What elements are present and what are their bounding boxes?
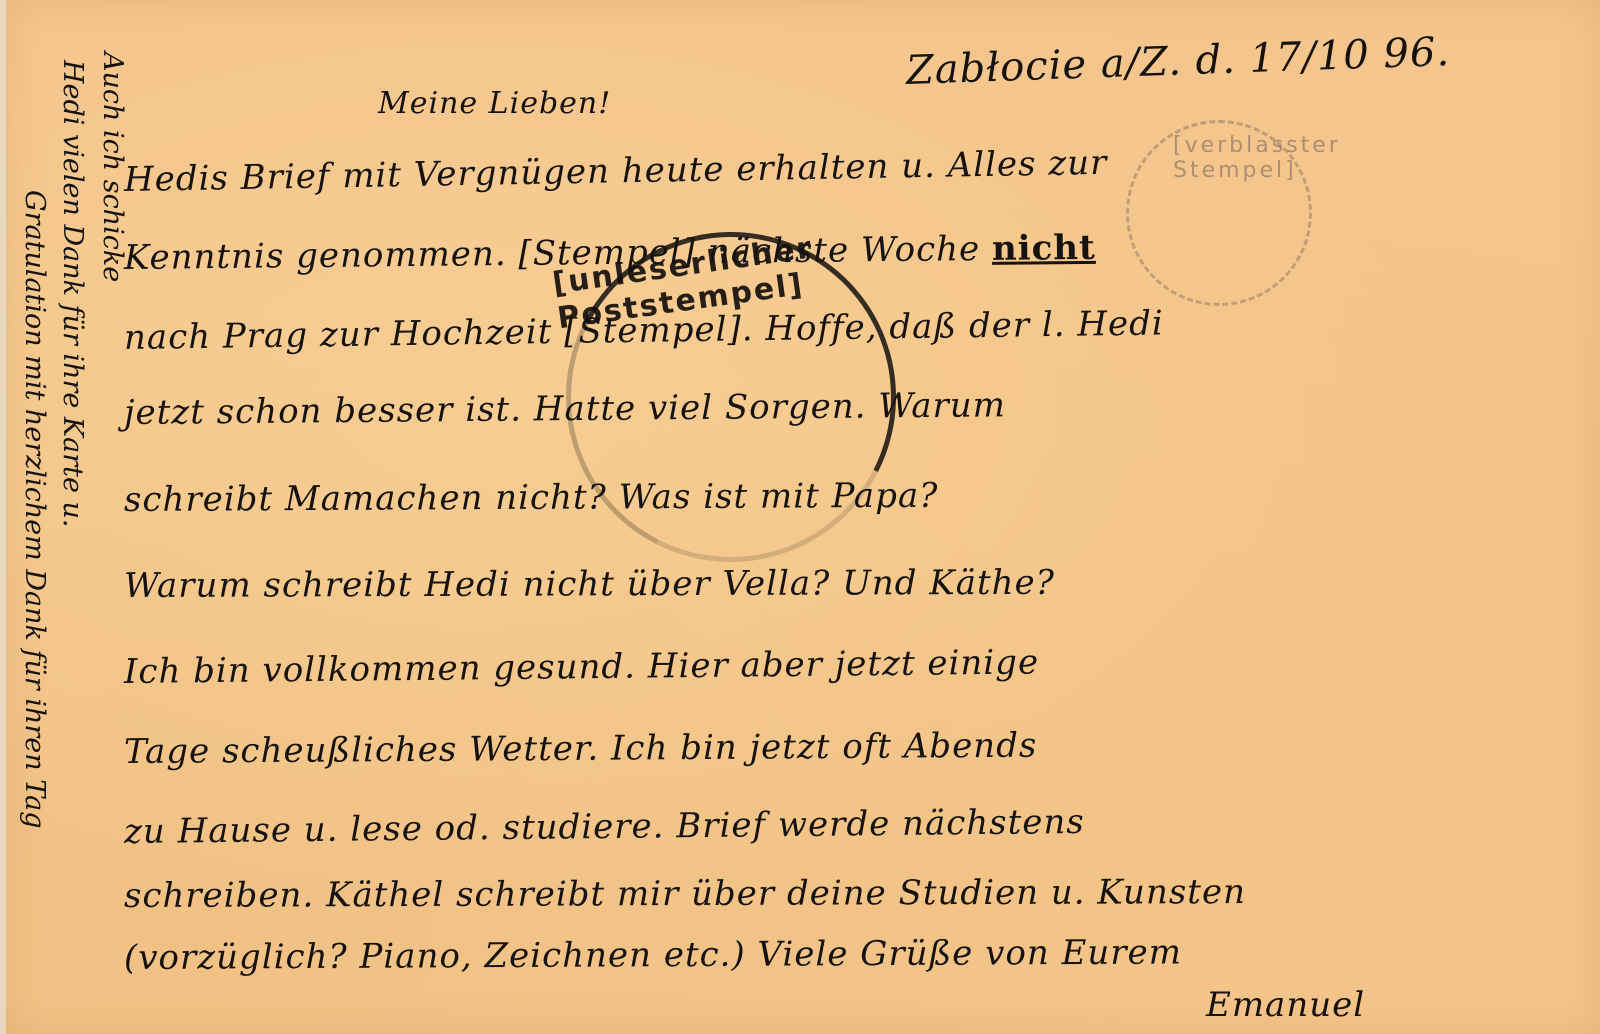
signature: Emanuel: [1206, 985, 1365, 1025]
body-line: schreiben. Käthel schreibt mir über dein…: [124, 872, 1246, 916]
body-line: Kenntnis genommen. [Stempel] nächste Woc…: [124, 228, 1096, 278]
faint-postmark-text: [verblasster Stempel]: [1173, 133, 1341, 183]
dateline: Zabłocie a/Z. d. 17/10 96.: [905, 29, 1451, 94]
body-line: jetzt schon besser ist. Hatte viel Sorge…: [124, 385, 1006, 433]
body-line: (vorzüglich? Piano, Zeichnen etc.) Viele…: [124, 932, 1182, 978]
faint-postmark-stamp: [verblasster Stempel]: [1126, 120, 1312, 306]
body-line: zu Hause u. lese od. studiere. Brief wer…: [124, 802, 1085, 852]
emphasized-word: nicht: [992, 228, 1096, 269]
body-line: nach Prag zur Hochzeit [Stempel]. Hoffe,…: [124, 303, 1164, 358]
margin-note: Hedi vielen Dank für ihre Karte u.: [57, 60, 88, 527]
margin-note: Auch ich schicke: [97, 52, 128, 282]
body-line: Tage scheußliches Wetter. Ich bin jetzt …: [124, 726, 1038, 772]
body-line: Warum schreibt Hedi nicht über Vella? Un…: [124, 563, 1055, 606]
body-line: schreibt Mamachen nicht? Was ist mit Pap…: [124, 476, 939, 520]
body-line: Hedis Brief mit Vergnügen heute erhalten…: [124, 143, 1108, 200]
body-line: Ich bin vollkommen gesund. Hier aber jet…: [124, 642, 1039, 692]
greeting: Meine Lieben!: [378, 86, 611, 121]
margin-note: Gratulation mit herzlichem Dank für ihre…: [19, 190, 50, 829]
postcard: [verblasster Stempel] [unleserlicher Pos…: [6, 0, 1600, 1034]
